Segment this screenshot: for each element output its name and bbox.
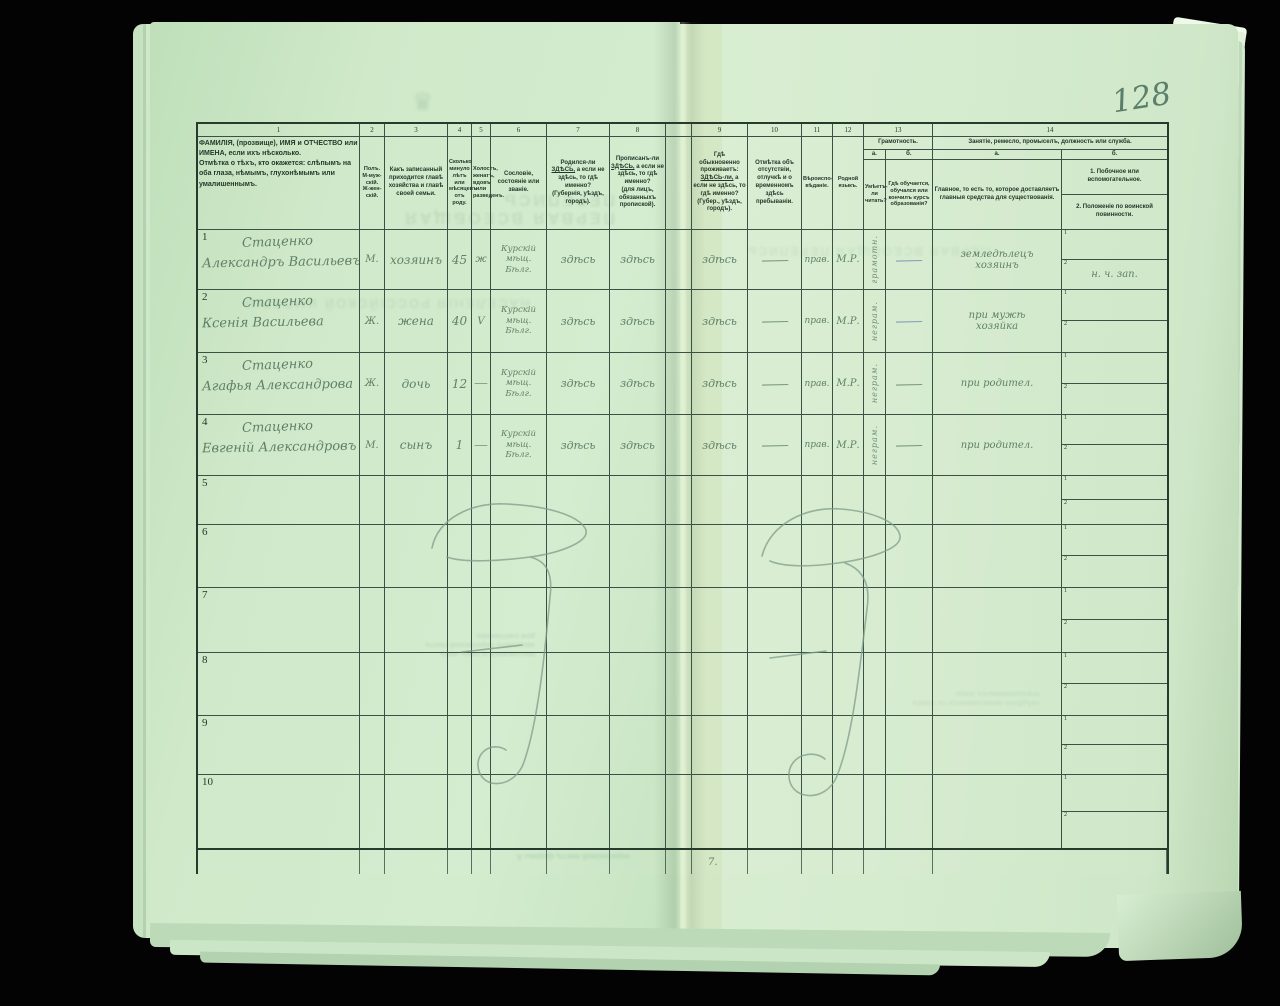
cell-surname-name: 2СтаценкоКсенія Васильева [198, 290, 360, 352]
printed-sub-number: 2 [1064, 321, 1067, 327]
cell-literacy-education [886, 476, 933, 524]
cell-age [448, 476, 472, 524]
dash-mark: — [474, 378, 488, 389]
cell-literacy-reads: грамотн. [864, 230, 886, 289]
occupation-sub2: 2 [1062, 556, 1167, 587]
fold-gutter [666, 124, 692, 136]
census-row: 712 [198, 588, 1167, 653]
cell-sex [360, 653, 385, 715]
fold-gutter [666, 775, 692, 848]
cell-registered-here [610, 653, 666, 715]
row-number: 4 [202, 416, 208, 428]
cell-surname-name: 10 [198, 775, 360, 848]
cell-marital [472, 525, 491, 587]
stub-cell [472, 850, 491, 874]
header-registered-here: Прописанъ-ли ЗДѢСЬ, а если не здѣсь, то … [610, 137, 666, 229]
header-name: ФАМИЛІЯ, (прозвище), ИМЯ и ОТЧЕСТВО или … [198, 137, 360, 229]
cell-occupation-secondary: 12н. ч. зап. [1062, 230, 1167, 289]
cell-resides-here [692, 653, 748, 715]
row-number: 6 [202, 526, 208, 538]
cell-age [448, 525, 472, 587]
cell-occupation-main [933, 775, 1062, 848]
cell-occupation-main [933, 525, 1062, 587]
cell-absence-note [748, 588, 802, 652]
occupation-sub2: 2 [1062, 812, 1167, 849]
row-number: 7 [202, 589, 208, 601]
cell-occupation-main [933, 716, 1062, 774]
dash-mark: — [894, 376, 924, 390]
cell-absence-note [748, 775, 802, 848]
cell-relation: жена [385, 290, 448, 352]
cell-religion: прав. [802, 230, 833, 289]
cell-resides-here [692, 476, 748, 524]
cell-marital [472, 476, 491, 524]
stub-cell [864, 850, 933, 874]
cell-literacy-education: — [886, 353, 933, 414]
cell-religion: прав. [802, 353, 833, 414]
occupation-sub2: 2н. ч. зап. [1062, 260, 1167, 290]
column-number: 13 [864, 124, 933, 136]
census-row: 4СтаценкоЕвгеній АлександровъМ.сынъ1—Кур… [198, 415, 1167, 476]
table-header: ФАМИЛІЯ, (прозвище), ИМЯ и ОТЧЕСТВО или … [198, 137, 1167, 230]
cell-marital [472, 588, 491, 652]
cell-language: М.Р. [833, 353, 864, 414]
occupation-sub2: 2 [1062, 620, 1167, 652]
printed-sub-number: 1 [1064, 653, 1067, 659]
cell-surname-name: 6 [198, 525, 360, 587]
cell-sex: Ж. [360, 353, 385, 414]
fold-gutter [666, 653, 692, 715]
header-occupation-b2: 2. Положеніе по воинской повинности. [1062, 195, 1167, 229]
cell-surname-name: 7 [198, 588, 360, 652]
cell-sex [360, 775, 385, 848]
cell-resides-here [692, 716, 748, 774]
census-row: 912 [198, 716, 1167, 775]
cell-relation: дочь [385, 353, 448, 414]
printed-sub-number: 2 [1064, 384, 1067, 390]
cell-religion [802, 476, 833, 524]
cell-age: 1 [448, 415, 472, 475]
dash-mark: — [474, 440, 488, 451]
cell-age: 12 [448, 353, 472, 414]
row-number: 1 [202, 231, 208, 243]
cell-language [833, 476, 864, 524]
cell-age [448, 775, 472, 848]
row-number: 8 [202, 654, 208, 666]
cell-absence-note [748, 476, 802, 524]
printed-sub-number: 2 [1064, 620, 1067, 626]
header-language: Родной языкъ. [833, 137, 864, 229]
cell-absence-note [748, 653, 802, 715]
stub-cell [833, 850, 864, 874]
vertical-handwriting: неграм. [870, 363, 879, 403]
occupation-sub1: 1 [1062, 716, 1167, 745]
cell-marital [472, 653, 491, 715]
census-scan: ПЕРВАЯ ВСЕОБЩАЯ ПЕРЕПИСЬ НАСЕЛЕНІЯ РОССІ… [0, 0, 1280, 1006]
cell-marital [472, 716, 491, 774]
occupation-sub2: 2 [1062, 321, 1167, 352]
header-relation: Какъ записанный приходится главѣ хозяйст… [385, 137, 448, 229]
dash-mark: — [760, 252, 790, 266]
cell-estate [491, 525, 547, 587]
crest-watermark: ♛ [412, 88, 434, 117]
cell-relation [385, 588, 448, 652]
printed-sub-number: 2 [1064, 500, 1067, 506]
occupation-sub1: 1 [1062, 775, 1167, 812]
stub-cell [748, 850, 802, 874]
cell-literacy-education [886, 525, 933, 587]
cell-marital: V [472, 290, 491, 352]
cell-literacy-reads [864, 716, 886, 774]
header-marital: Холостъ, женатъ, вдовъ или разведенъ. [472, 137, 491, 229]
handwritten-surname: Стаценко [242, 417, 359, 436]
column-number: 9 [692, 124, 748, 136]
cell-literacy-reads [864, 775, 886, 848]
cell-religion: прав. [802, 290, 833, 352]
cell-absence-note [748, 525, 802, 587]
stub-cell [666, 850, 692, 874]
cell-occupation-secondary: 12 [1062, 716, 1167, 774]
header-occupation-title: Занятіе, ремесло, промыселъ, должность и… [933, 137, 1167, 150]
cell-born-here: здѣсь [547, 290, 610, 352]
occupation-sub2: 2 [1062, 445, 1167, 475]
occupation-sub1: 1 [1062, 525, 1167, 556]
cell-marital: — [472, 353, 491, 414]
row-number: 3 [202, 354, 208, 366]
header-literacy-b: Гдѣ обучается, обучался или кончилъ курс… [886, 160, 932, 229]
cell-estate: Курскій мѣщ. Бѣлг. [491, 415, 547, 475]
printed-sub-number: 2 [1064, 812, 1067, 818]
cell-literacy-reads: неграм. [864, 353, 886, 414]
column-number: 14 [933, 124, 1167, 136]
header-resides-here: Гдѣ обыкновенно проживаетъ: ЗДѢСЬ-ли, а … [692, 137, 748, 229]
header-occupation-main: Главное, то есть то, которое доставляетъ… [933, 160, 1062, 229]
occupation-sub2: 2 [1062, 684, 1167, 715]
printed-sub-number: 1 [1064, 290, 1067, 296]
column-number: 2 [360, 124, 385, 136]
dash-mark: — [894, 314, 924, 328]
handwritten-given-name: Агафья Александрова [202, 377, 359, 395]
cell-language: М.Р. [833, 415, 864, 475]
cell-relation [385, 476, 448, 524]
cell-absence-note: — [748, 290, 802, 352]
printed-sub-number: 2 [1064, 260, 1067, 266]
cell-resides-here: здѣсь [692, 415, 748, 475]
printed-sub-number: 2 [1064, 745, 1067, 751]
fold-gutter [666, 476, 692, 524]
table-continuation-stubs [198, 850, 1167, 874]
row-number: 2 [202, 291, 208, 303]
cell-relation [385, 775, 448, 848]
column-number: 1 [198, 124, 360, 136]
stub-cell [692, 850, 748, 874]
cell-language [833, 775, 864, 848]
census-row: 812 [198, 653, 1167, 716]
header-occupation-b1: 1. Побочное или вспомогательное. [1062, 160, 1167, 195]
cell-literacy-education [886, 716, 933, 774]
header-occupation-b-label: б. [1062, 150, 1167, 159]
cell-estate: Курскій мѣщ. Бѣлг. [491, 353, 547, 414]
census-row: 1СтаценкоАлександръ ВасильевъМ.хозяинъ45… [198, 230, 1167, 290]
column-number-strip: 1234567891011121314 [198, 124, 1167, 137]
fold-gutter [666, 588, 692, 652]
cell-sex: Ж. [360, 290, 385, 352]
cell-born-here [547, 588, 610, 652]
column-number: 7 [547, 124, 610, 136]
cell-born-here [547, 716, 610, 774]
dash-mark: — [760, 314, 790, 328]
cell-occupation-secondary: 12 [1062, 415, 1167, 475]
cell-registered-here [610, 525, 666, 587]
printed-sub-number: 1 [1064, 716, 1067, 722]
cell-surname-name: 3СтаценкоАгафья Александрова [198, 353, 360, 414]
dash-mark: — [760, 438, 790, 452]
cell-registered-here [610, 775, 666, 848]
occupation-sub2: 2 [1062, 745, 1167, 774]
column-number: 10 [748, 124, 802, 136]
column-number: 12 [833, 124, 864, 136]
cell-occupation-main [933, 653, 1062, 715]
cell-occupation-main: при мужѣ хозяйка [933, 290, 1062, 352]
vertical-handwriting: неграм. [870, 425, 879, 465]
cell-occupation-main: при родител. [933, 353, 1062, 414]
printed-sub-number: 2 [1064, 556, 1067, 562]
stub-cell [802, 850, 833, 874]
page-corner-curl [1117, 891, 1243, 961]
cell-relation [385, 653, 448, 715]
fold-gutter [666, 290, 692, 352]
cell-born-here: здѣсь [547, 230, 610, 289]
column-number: 3 [385, 124, 448, 136]
cell-sex [360, 716, 385, 774]
cell-registered-here: здѣсь [610, 353, 666, 414]
header-sex: Полъ. М-муж-скій. Ж-жен-скій. [360, 137, 385, 229]
header-estate: Сословіе, состояніе или званіе. [491, 137, 547, 229]
header-religion: Вѣроиспо-вѣданіе. [802, 137, 833, 229]
cell-language [833, 588, 864, 652]
cell-literacy-education: — [886, 230, 933, 289]
cell-estate: Курскій мѣщ. Бѣлг. [491, 230, 547, 289]
cell-literacy-education: — [886, 290, 933, 352]
fold-gutter [666, 353, 692, 414]
occupation-sub1: 1 [1062, 353, 1167, 384]
cell-born-here [547, 653, 610, 715]
stub-cell [547, 850, 610, 874]
occupation-sub1: 1 [1062, 653, 1167, 684]
cell-religion [802, 775, 833, 848]
census-table: 1234567891011121314 ФАМИЛІЯ, (прозвище),… [196, 122, 1169, 874]
printed-sub-number: 1 [1064, 525, 1067, 531]
table-body: 1СтаценкоАлександръ ВасильевъМ.хозяинъ45… [198, 230, 1167, 850]
column-number: 4 [448, 124, 472, 136]
vertical-handwriting: неграм. [870, 301, 879, 341]
handwritten-surname: Стаценко [242, 355, 359, 374]
cell-absence-note: — [748, 353, 802, 414]
cell-resides-here: здѣсь [692, 353, 748, 414]
cell-occupation-secondary: 12 [1062, 476, 1167, 524]
cell-surname-name: 4СтаценкоЕвгеній Александровъ [198, 415, 360, 475]
cell-religion: прав. [802, 415, 833, 475]
cell-language [833, 653, 864, 715]
cell-registered-here: здѣсь [610, 415, 666, 475]
cell-religion [802, 716, 833, 774]
cell-language: М.Р. [833, 290, 864, 352]
cell-surname-name: 8 [198, 653, 360, 715]
printed-sub-number: 1 [1064, 230, 1067, 236]
cell-religion [802, 653, 833, 715]
cell-occupation-secondary: 12 [1062, 290, 1167, 352]
cell-literacy-reads: неграм. [864, 290, 886, 352]
occupation-sub2: 2 [1062, 500, 1167, 524]
cell-relation [385, 525, 448, 587]
cell-estate [491, 775, 547, 848]
row-number: 9 [202, 717, 208, 729]
column-number: 11 [802, 124, 833, 136]
census-row: 3СтаценкоАгафья АлександроваЖ.дочь12—Кур… [198, 353, 1167, 415]
cell-occupation-main [933, 476, 1062, 524]
stub-cell [385, 850, 448, 874]
occupation-sub2: 2 [1062, 384, 1167, 415]
occupation-sub1: 1 [1062, 230, 1167, 260]
cell-absence-note [748, 716, 802, 774]
handwritten-given-name: Евгеній Александровъ [202, 439, 359, 457]
column-number: 6 [491, 124, 547, 136]
cell-absence-note: — [748, 230, 802, 289]
header-born-here: Родился-ли ЗДѢСЬ, а если не здѣсь, то гд… [547, 137, 610, 229]
stub-cell [360, 850, 385, 874]
cell-resides-here: здѣсь [692, 290, 748, 352]
column-number: 8 [610, 124, 666, 136]
cell-surname-name: 9 [198, 716, 360, 774]
printed-sub-number: 1 [1064, 415, 1067, 421]
header-absence: Отмѣтка объ отсутствіи, отлучкѣ и о врем… [748, 137, 802, 229]
stub-cell [610, 850, 666, 874]
cell-relation: сынъ [385, 415, 448, 475]
row-number: 10 [202, 776, 213, 788]
printed-sub-number: 1 [1064, 476, 1067, 482]
cell-born-here [547, 525, 610, 587]
fold-gutter [666, 415, 692, 475]
cell-occupation-secondary: 12 [1062, 353, 1167, 414]
stub-cell [448, 850, 472, 874]
cell-occupation-main: при родител. [933, 415, 1062, 475]
cell-resides-here: здѣсь [692, 230, 748, 289]
stub-cell [491, 850, 547, 874]
occupation-sub1: 1 [1062, 415, 1167, 445]
cell-marital: — [472, 415, 491, 475]
cell-literacy-reads: неграм. [864, 415, 886, 475]
stub-cell [198, 850, 360, 874]
cell-marital [472, 775, 491, 848]
dash-mark: — [760, 376, 790, 390]
cell-literacy-education [886, 653, 933, 715]
occupation-sub1: 1 [1062, 476, 1167, 500]
dash-mark: — [894, 252, 924, 266]
cell-surname-name: 5 [198, 476, 360, 524]
header-occupation-secondary: 1. Побочное или вспомогательное. 2. Поло… [1062, 160, 1167, 229]
cell-sex: М. [360, 415, 385, 475]
printed-sub-number: 1 [1064, 353, 1067, 359]
cell-age [448, 716, 472, 774]
cell-sex [360, 476, 385, 524]
column-number: 5 [472, 124, 491, 136]
cell-literacy-reads [864, 525, 886, 587]
cell-registered-here [610, 588, 666, 652]
fold-gutter [666, 137, 692, 229]
cell-language: М.Р. [833, 230, 864, 289]
cell-literacy-reads [864, 588, 886, 652]
cell-religion [802, 588, 833, 652]
cell-estate [491, 588, 547, 652]
occupation-sub1: 1 [1062, 588, 1167, 620]
handwritten-footer-mark: 7. [708, 857, 718, 868]
cell-born-here [547, 476, 610, 524]
header-literacy-group: Грамотность. а. б. Умѣетъ-ли читать? Гдѣ… [864, 137, 933, 229]
cell-surname-name: 1СтаценкоАлександръ Васильевъ [198, 230, 360, 289]
header-literacy-title: Грамотность. [864, 137, 932, 150]
cell-relation [385, 716, 448, 774]
handwritten-surname: Стаценко [242, 292, 359, 311]
cell-registered-here [610, 476, 666, 524]
cell-age: 40 [448, 290, 472, 352]
cell-literacy-education: — [886, 415, 933, 475]
printed-sub-number: 2 [1064, 445, 1067, 451]
handwritten-surname: Стаценко [242, 232, 359, 251]
handwritten-note: н. ч. зап. [1091, 269, 1138, 280]
cell-sex [360, 525, 385, 587]
cell-language [833, 716, 864, 774]
fold-gutter [666, 230, 692, 289]
cell-born-here: здѣсь [547, 353, 610, 414]
cell-age [448, 653, 472, 715]
cell-registered-here: здѣсь [610, 230, 666, 289]
cell-absence-note: — [748, 415, 802, 475]
header-occupation-a-label: а. [933, 150, 1062, 159]
cell-age [448, 588, 472, 652]
cell-born-here [547, 775, 610, 848]
cell-literacy-education [886, 588, 933, 652]
cell-religion [802, 525, 833, 587]
printed-sub-number: 2 [1064, 684, 1067, 690]
cell-literacy-education [886, 775, 933, 848]
row-number: 5 [202, 477, 208, 489]
cell-registered-here: здѣсь [610, 290, 666, 352]
cell-resides-here [692, 588, 748, 652]
census-row: 612 [198, 525, 1167, 588]
header-occupation-group: Занятіе, ремесло, промыселъ, должность и… [933, 137, 1167, 229]
cell-occupation-secondary: 12 [1062, 588, 1167, 652]
cell-estate [491, 476, 547, 524]
census-row: 512 [198, 476, 1167, 525]
dash-mark: — [894, 438, 924, 452]
cell-marital: ж [472, 230, 491, 289]
cell-literacy-reads [864, 653, 886, 715]
cell-resides-here [692, 525, 748, 587]
fold-gutter [666, 716, 692, 774]
cell-occupation-secondary: 12 [1062, 653, 1167, 715]
stub-cell [933, 850, 1167, 874]
cell-estate [491, 716, 547, 774]
header-age: Сколько минуло лѣтъ или мѣсяцевъ отъ род… [448, 137, 472, 229]
cell-born-here: здѣсь [547, 415, 610, 475]
printed-sub-number: 1 [1064, 775, 1067, 781]
cell-language [833, 525, 864, 587]
handwritten-given-name: Ксенія Васильева [202, 314, 359, 332]
printed-sub-number: 1 [1064, 588, 1067, 594]
occupation-sub1: 1 [1062, 290, 1167, 321]
cell-occupation-main [933, 588, 1062, 652]
cell-sex [360, 588, 385, 652]
